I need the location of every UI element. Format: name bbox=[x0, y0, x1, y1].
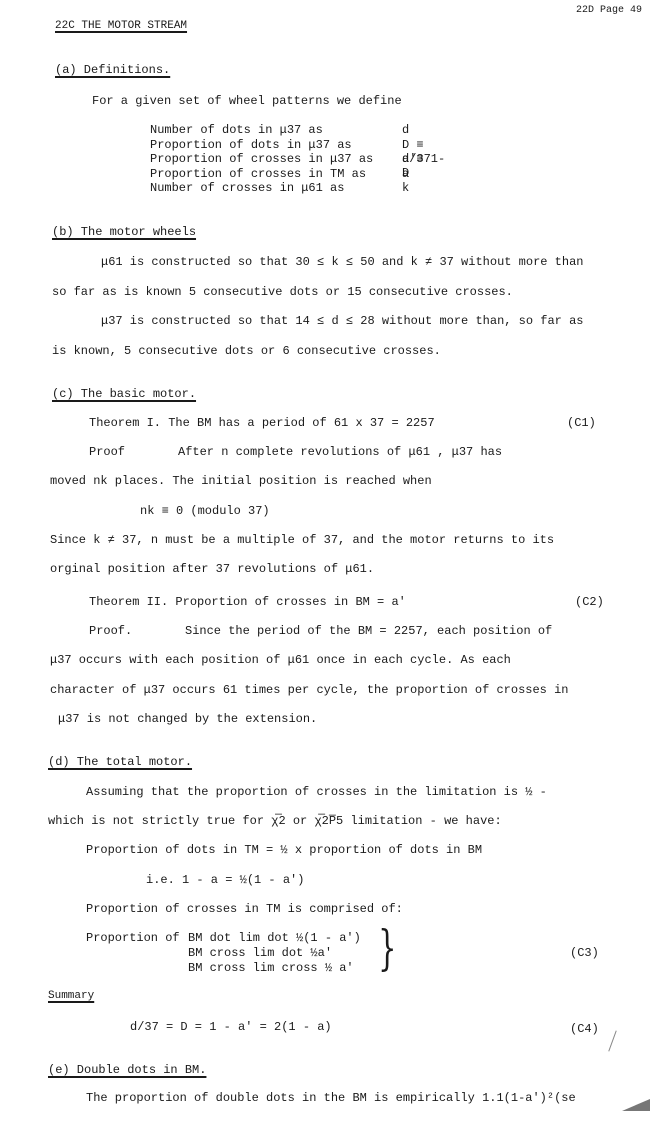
proof-1-text: After n complete revolutions of μ61 , μ3… bbox=[178, 445, 502, 459]
definition-row: Proportion of dots in μ37 asD ≡ d/37 bbox=[150, 138, 450, 152]
section-b-text: is known, 5 consecutive dots or 6 consec… bbox=[52, 344, 441, 358]
section-e-heading: (e) Double dots in BM. bbox=[48, 1063, 206, 1077]
proof-2-text: μ37 occurs with each position of μ61 onc… bbox=[50, 653, 511, 667]
scratch-mark bbox=[608, 1030, 616, 1051]
section-d-text: Proportion of crosses in TM is comprised… bbox=[86, 902, 403, 916]
section-b-heading: (b) The motor wheels bbox=[52, 225, 196, 239]
proof-1-text: orginal position after 37 revolutions of… bbox=[50, 562, 374, 576]
component-line: BM dot lim dot ½(1 - a') bbox=[188, 931, 361, 945]
section-b-text: μ37 is constructed so that 14 ≤ d ≤ 28 w… bbox=[101, 314, 583, 328]
right-brace: } bbox=[378, 924, 396, 972]
section-d-text: Proportion of dots in TM = ½ x proportio… bbox=[86, 843, 482, 857]
section-b-text: so far as is known 5 consecutive dots or… bbox=[52, 285, 513, 299]
page-title: 22C THE MOTOR STREAM bbox=[55, 20, 187, 32]
definition-row: Proportion of crosses in TM asa bbox=[150, 167, 450, 181]
definition-row: Number of dots in μ37 asd bbox=[150, 123, 450, 137]
section-c-heading: (c) The basic motor. bbox=[52, 387, 196, 401]
definition-row: Proportion of crosses in μ37 asa'≡ 1-D bbox=[150, 152, 450, 166]
proof-2-text: character of μ37 occurs 61 times per cyc… bbox=[50, 683, 568, 697]
definition-label: Number of crosses in μ61 as bbox=[150, 181, 344, 195]
proof-1-label: Proof bbox=[89, 445, 125, 459]
definition-label: Proportion of crosses in μ37 as bbox=[150, 152, 373, 166]
proof-2-label: Proof. bbox=[89, 624, 132, 638]
definition-label: Number of dots in μ37 as bbox=[150, 123, 323, 137]
proof-2-text: Since the period of the BM = 2257, each … bbox=[185, 624, 552, 638]
proof-2-text: μ37 is not changed by the extension. bbox=[58, 712, 317, 726]
equation-tag-c1: (C1) bbox=[567, 416, 596, 430]
theorem-1: Theorem I. The BM has a period of 61 x 3… bbox=[89, 416, 435, 430]
page-reference: 22D Page 49 bbox=[576, 5, 642, 16]
theorem-2: Theorem II. Proportion of crosses in BM … bbox=[89, 595, 406, 609]
section-a-heading: (a) Definitions. bbox=[55, 63, 170, 77]
summary-equation: d/37 = D = 1 - a' = 2(1 - a) bbox=[130, 1020, 332, 1034]
summary-heading: Summary bbox=[48, 990, 94, 1002]
proof-1-text: Since k ≠ 37, n must be a multiple of 37… bbox=[50, 533, 554, 547]
definition-value: d bbox=[402, 123, 409, 137]
definition-value: a bbox=[402, 167, 409, 181]
page-corner-fold bbox=[622, 1099, 650, 1111]
section-d-text: Assuming that the proportion of crosses … bbox=[86, 785, 547, 799]
component-line: BM cross lim cross ½ a' bbox=[188, 961, 354, 975]
definition-value: k bbox=[402, 181, 409, 195]
definition-label: Proportion of dots in μ37 as bbox=[150, 138, 352, 152]
equation-tag-c3: (C3) bbox=[570, 946, 599, 960]
equation-tag-c4: (C4) bbox=[570, 1022, 599, 1036]
components-label: Proportion of bbox=[86, 931, 180, 945]
proof-1-equation: nk ≡ 0 (modulo 37) bbox=[140, 504, 270, 518]
section-d-equation: i.e. 1 - a = ½(1 - a') bbox=[146, 873, 304, 887]
proof-1-text: moved nk places. The initial position is… bbox=[50, 474, 432, 488]
section-d-heading: (d) The total motor. bbox=[48, 755, 192, 769]
component-line: BM cross lim dot ½a' bbox=[188, 946, 332, 960]
section-d-text: which is not strictly true for χ̅2 or χ̅… bbox=[48, 814, 502, 828]
section-b-text: μ61 is constructed so that 30 ≤ k ≤ 50 a… bbox=[101, 255, 583, 269]
definition-label: Proportion of crosses in TM as bbox=[150, 167, 366, 181]
definition-row: Number of crosses in μ61 ask bbox=[150, 181, 450, 195]
section-a-intro: For a given set of wheel patterns we def… bbox=[92, 94, 402, 108]
section-e-text: The proportion of double dots in the BM … bbox=[86, 1091, 576, 1105]
equation-tag-c2: (C2) bbox=[575, 595, 604, 609]
